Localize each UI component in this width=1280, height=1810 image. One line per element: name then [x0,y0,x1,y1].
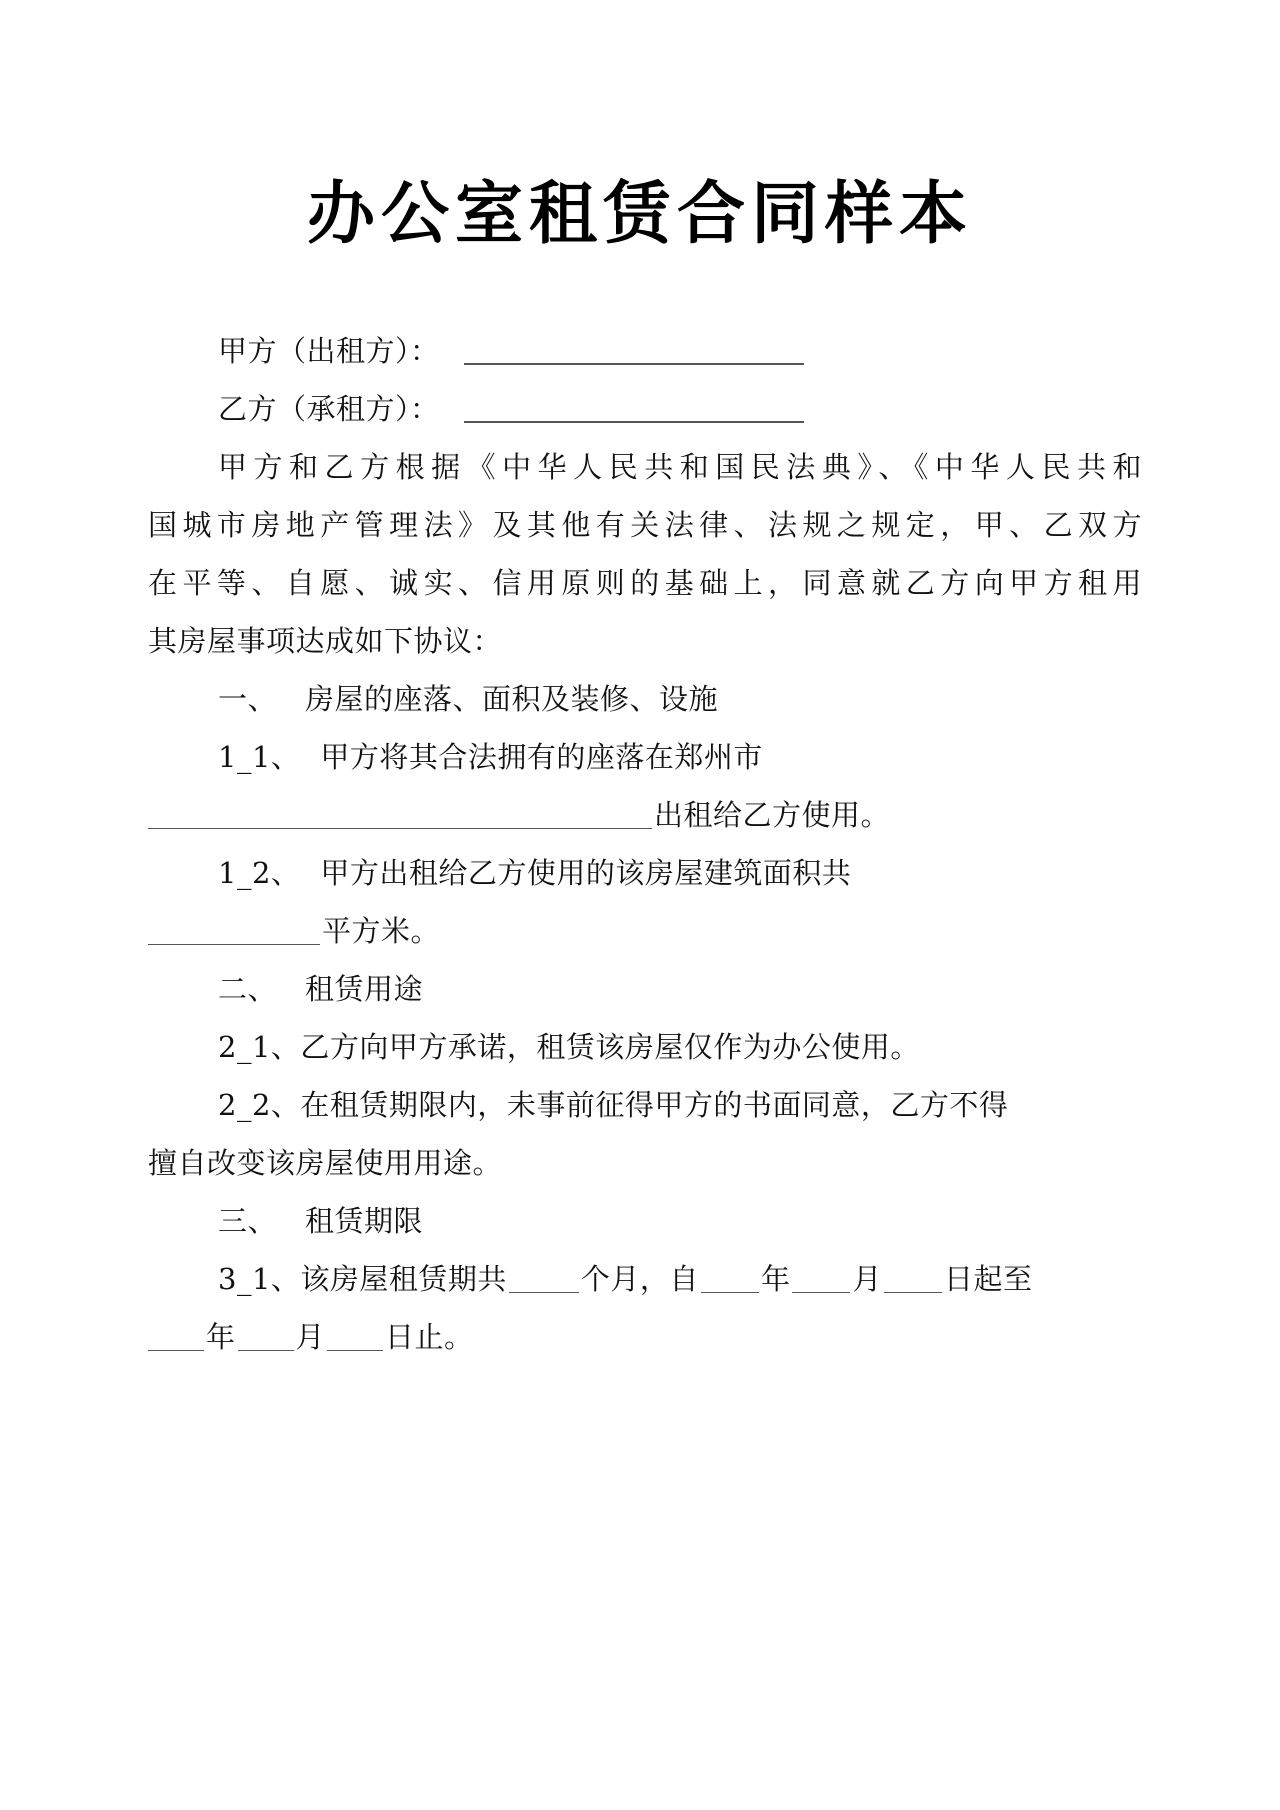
start-day-blank[interactable] [884,1262,942,1293]
clause-3-1-text-d: 月 [852,1250,882,1308]
party-a-label: 甲方（出租方）： [218,322,440,380]
clause-3-1-line-2: 年 月 日止。 [148,1308,1142,1366]
section-2-title: 租赁用途 [305,960,423,1018]
months-blank[interactable] [509,1262,579,1293]
section-2-number: 二、 [218,960,277,1018]
end-year-blank[interactable] [148,1320,204,1351]
clause-3-1-text-c: 年 [761,1250,791,1308]
party-a-line: 甲方（出租方）： [148,322,1142,380]
section-3-title: 租赁期限 [305,1192,423,1250]
preamble-line-4: 其房屋事项达成如下协议： [148,612,1142,670]
section-3-heading: 三、 租赁期限 [148,1192,1142,1250]
clause-1-2-text: 甲方出租给乙方使用的该房屋建筑面积共 [320,844,851,902]
clause-2-1-number: 2_1、 [218,1018,300,1076]
clause-3-1-number: 3_1、 [218,1250,300,1308]
document-body: 甲方（出租方）： 乙方（承租方）： 甲方和乙方根据《中华人民共和国民法典》、《中… [148,322,1142,1366]
section-1-heading: 一、 房屋的座落、面积及装修、设施 [148,670,1142,728]
clause-1-1-suffix: 出租给乙方使用。 [654,786,890,844]
clause-2-1-text: 乙方向甲方承诺，租赁该房屋仅作为办公使用。 [300,1018,920,1076]
clause-3-1-text-h: 日止。 [385,1308,474,1366]
clause-1-2-line-1: 1_2、 甲方出租给乙方使用的该房屋建筑面积共 [148,844,1142,902]
document-page: 办公室租赁合同样本 甲方（出租方）： 乙方（承租方）： 甲方和乙方根据《中华人民… [0,0,1280,1810]
preamble-line-2: 国城市房地产管理法》及其他有关法律、法规之规定，甲、乙双方 [148,496,1142,554]
document-title: 办公室租赁合同样本 [0,165,1280,265]
clause-2-2-line-1: 2_2、 在租赁期限内，未事前征得甲方的书面同意，乙方不得 [148,1076,1142,1134]
clause-3-1-text-f: 年 [206,1308,236,1366]
party-a-blank[interactable] [464,333,804,365]
clause-1-2-number: 1_2、 [218,844,300,902]
clause-3-1-text-g: 月 [296,1308,326,1366]
clause-1-1-line-2: 出租给乙方使用。 [148,786,1142,844]
clause-2-2-number: 2_2、 [218,1076,300,1134]
clause-1-1-text: 甲方将其合法拥有的座落在郑州市 [320,728,763,786]
clause-3-1-line-1: 3_1、 该房屋租赁期共 个月，自 年 月 日起至 [148,1250,1142,1308]
clause-1-2-line-2: 平方米。 [148,902,1142,960]
clause-2-1: 2_1、 乙方向甲方承诺，租赁该房屋仅作为办公使用。 [148,1018,1142,1076]
clause-3-1-text-b: 个月，自 [581,1250,699,1308]
clause-2-2-line-2: 擅自改变该房屋使用用途。 [148,1134,1142,1192]
party-b-blank[interactable] [464,391,804,423]
end-month-blank[interactable] [238,1320,294,1351]
clause-1-2-suffix: 平方米。 [322,902,440,960]
section-1-title: 房屋的座落、面积及装修、设施 [305,670,718,728]
start-month-blank[interactable] [792,1262,850,1293]
clause-3-1-text-e: 日起至 [944,1250,1033,1308]
party-b-label: 乙方（承租方）： [218,380,440,438]
location-blank[interactable] [148,798,652,829]
section-2-heading: 二、 租赁用途 [148,960,1142,1018]
area-blank[interactable] [148,914,320,945]
preamble-line-3: 在平等、自愿、诚实、信用原则的基础上，同意就乙方向甲方租用 [148,554,1142,612]
clause-2-2-text: 在租赁期限内，未事前征得甲方的书面同意，乙方不得 [300,1076,1008,1134]
end-day-blank[interactable] [327,1320,383,1351]
clause-3-1-text-a: 该房屋租赁期共 [300,1250,507,1308]
clause-1-1-line-1: 1_1、 甲方将其合法拥有的座落在郑州市 [148,728,1142,786]
party-b-line: 乙方（承租方）： [148,380,1142,438]
start-year-blank[interactable] [701,1262,759,1293]
section-1-number: 一、 [218,670,277,728]
section-3-number: 三、 [218,1192,277,1250]
preamble-line-1: 甲方和乙方根据《中华人民共和国民法典》、《中华人民共和 [148,438,1142,496]
clause-1-1-number: 1_1、 [218,728,300,786]
